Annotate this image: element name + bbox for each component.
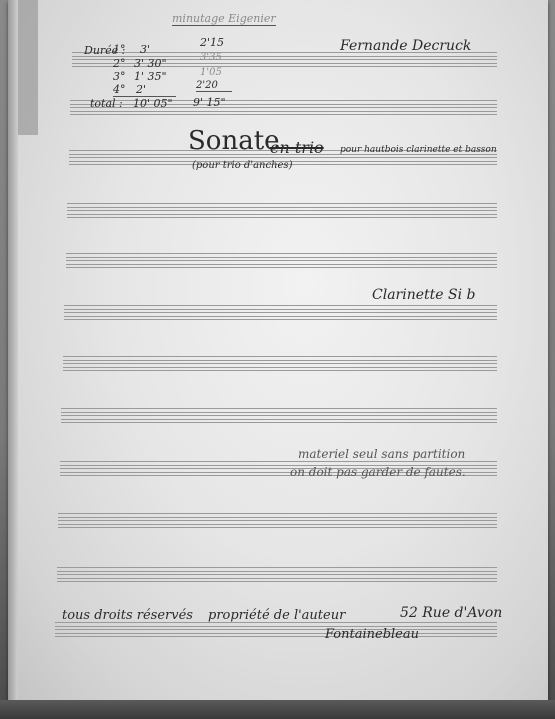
staff bbox=[66, 253, 497, 269]
binding-tab bbox=[18, 0, 38, 135]
note-line-1: materiel seul sans partition bbox=[298, 447, 465, 461]
title: Sonate bbox=[188, 126, 280, 156]
title-parenthetical: (pour trio d'anches) bbox=[192, 160, 292, 171]
duration-2: 3' 30" bbox=[134, 57, 167, 70]
alt-duration-1: 2'15 bbox=[200, 36, 224, 49]
top-annotation: minutage Eigenier bbox=[172, 12, 276, 26]
movement-2: 2° bbox=[113, 57, 126, 70]
note-line-2: on doit pas garder de fautes. bbox=[290, 465, 466, 479]
staff bbox=[57, 567, 497, 583]
alt-duration-4: 2'20 bbox=[196, 80, 232, 92]
footer-city: Fontainebleau bbox=[325, 627, 419, 642]
staff bbox=[58, 513, 497, 529]
alt-total-duration: 9' 15" bbox=[193, 96, 226, 109]
duration-3: 1' 35" bbox=[134, 70, 167, 83]
total-duration: 10' 05" bbox=[133, 97, 173, 110]
title-struck-words: en trio bbox=[270, 138, 324, 157]
movement-4-label: 4° bbox=[113, 83, 126, 96]
title-subtitle: pour hautbois clarinette et basson bbox=[340, 145, 497, 155]
movement-3: 3° bbox=[113, 70, 126, 83]
duration-4: 2' bbox=[136, 83, 146, 96]
footer-rights: tous droits réservés bbox=[62, 608, 193, 623]
duration-1: 3' bbox=[140, 43, 150, 56]
staff bbox=[67, 203, 497, 219]
total-label: total : bbox=[90, 97, 123, 110]
table-edge bbox=[0, 700, 555, 719]
footer-property: propriété de l'auteur bbox=[208, 608, 345, 623]
composer-name: Fernande Decruck bbox=[340, 38, 471, 54]
alt-duration-3: 1'05 bbox=[200, 67, 222, 78]
movement-4: 4° 2' bbox=[113, 83, 176, 97]
staff bbox=[64, 305, 497, 321]
staff bbox=[55, 622, 497, 638]
movement-1: 1° bbox=[113, 43, 126, 56]
footer-address: 52 Rue d'Avon bbox=[400, 605, 502, 621]
staff bbox=[63, 356, 497, 372]
instrument-name: Clarinette Si b bbox=[372, 287, 475, 303]
staff bbox=[61, 408, 497, 424]
alt-duration-2: 3'35 bbox=[200, 52, 222, 63]
page-edge bbox=[8, 0, 18, 708]
